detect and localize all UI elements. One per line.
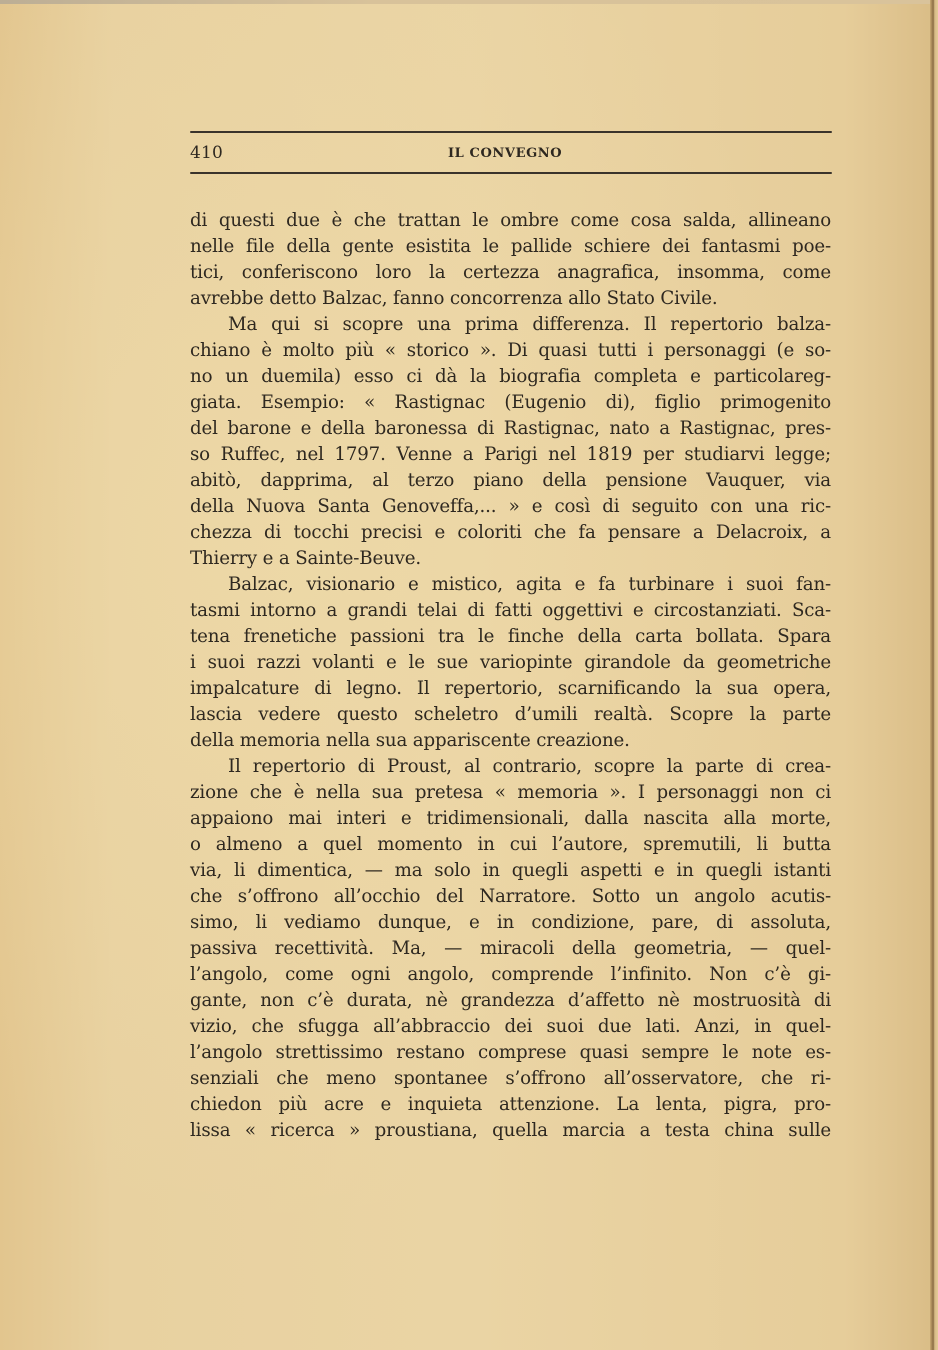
text-line: l’angolo strettissimo restano comprese q… xyxy=(190,1040,831,1066)
book-page: 410 IL CONVEGNO di questi due è che trat… xyxy=(0,0,938,1350)
text-line: o almeno a quel momento in cui l’autore,… xyxy=(190,832,831,858)
text-line: tici, conferiscono loro la certezza anag… xyxy=(190,260,831,286)
paragraph: Balzac, visionario e mistico, agita e fa… xyxy=(190,572,831,754)
page-right-edge xyxy=(930,0,938,1350)
text-line: Il repertorio di Proust, al contrario, s… xyxy=(190,754,831,780)
paragraph: di questi due è che trattan le ombre com… xyxy=(190,208,831,312)
header-rule-top xyxy=(190,131,832,133)
text-line: i suoi razzi volanti e le sue variopinte… xyxy=(190,650,831,676)
paragraph: Il repertorio di Proust, al contrario, s… xyxy=(190,754,831,1144)
page-number: 410 xyxy=(190,143,223,163)
text-line: chiano è molto più « storico ». Di quasi… xyxy=(190,338,831,364)
text-line: tena frenetiche passioni tra le finche d… xyxy=(190,624,831,650)
text-line: no un duemila) esso ci dà la biografia c… xyxy=(190,364,831,390)
running-head: 410 IL CONVEGNO xyxy=(190,140,832,168)
text-line: chiedon più acre e inquieta attenzione. … xyxy=(190,1092,831,1118)
text-line: lascia vedere questo scheletro d’umili r… xyxy=(190,702,831,728)
journal-title: IL CONVEGNO xyxy=(448,146,562,161)
text-line: impalcature di legno. Il repertorio, sca… xyxy=(190,676,831,702)
text-line: lissa « ricerca » proustiana, quella mar… xyxy=(190,1118,831,1144)
text-line: appaiono mai interi e tridimensionali, d… xyxy=(190,806,831,832)
text-line: simo, li vediamo dunque, e in condizione… xyxy=(190,910,831,936)
text-line: l’angolo, come ogni angolo, comprende l’… xyxy=(190,962,831,988)
text-line: che s’offrono all’occhio del Narratore. … xyxy=(190,884,831,910)
text-line: giata. Esempio: « Rastignac (Eugenio di)… xyxy=(190,390,831,416)
body-text: di questi due è che trattan le ombre com… xyxy=(190,208,831,1144)
text-line: passiva recettività. Ma, — miracoli dell… xyxy=(190,936,831,962)
text-line: gante, non c’è durata, nè grandezza d’af… xyxy=(190,988,831,1014)
text-line: tasmi intorno a grandi telai di fatti og… xyxy=(190,598,831,624)
paragraph: Ma qui si scopre una prima differenza. I… xyxy=(190,312,831,572)
text-line: so Ruffec, nel 1797. Venne a Parigi nel … xyxy=(190,442,831,468)
text-line: senziali che meno spontanee s’offrono al… xyxy=(190,1066,831,1092)
text-line: chezza di tocchi precisi e coloriti che … xyxy=(190,520,831,546)
text-line: della memoria nella sua appariscente cre… xyxy=(190,728,831,754)
text-line: zione che è nella sua pretesa « memoria … xyxy=(190,780,831,806)
text-line: Thierry e a Sainte-Beuve. xyxy=(190,546,831,572)
text-line: Balzac, visionario e mistico, agita e fa… xyxy=(190,572,831,598)
header-rule-bottom xyxy=(190,172,832,174)
text-line: nelle file della gente esistita le palli… xyxy=(190,234,831,260)
text-line: di questi due è che trattan le ombre com… xyxy=(190,208,831,234)
text-line: via, li dimentica, — ma solo in quegli a… xyxy=(190,858,831,884)
scan-top-edge xyxy=(0,0,938,4)
text-line: abitò, dapprima, al terzo piano della pe… xyxy=(190,468,831,494)
text-line: vizio, che sfugga all’abbraccio dei suoi… xyxy=(190,1014,831,1040)
text-line: Ma qui si scopre una prima differenza. I… xyxy=(190,312,831,338)
text-line: del barone e della baronessa di Rastigna… xyxy=(190,416,831,442)
text-line: della Nuova Santa Genoveffa,... » e così… xyxy=(190,494,831,520)
text-line: avrebbe detto Balzac, fanno concorrenza … xyxy=(190,286,831,312)
